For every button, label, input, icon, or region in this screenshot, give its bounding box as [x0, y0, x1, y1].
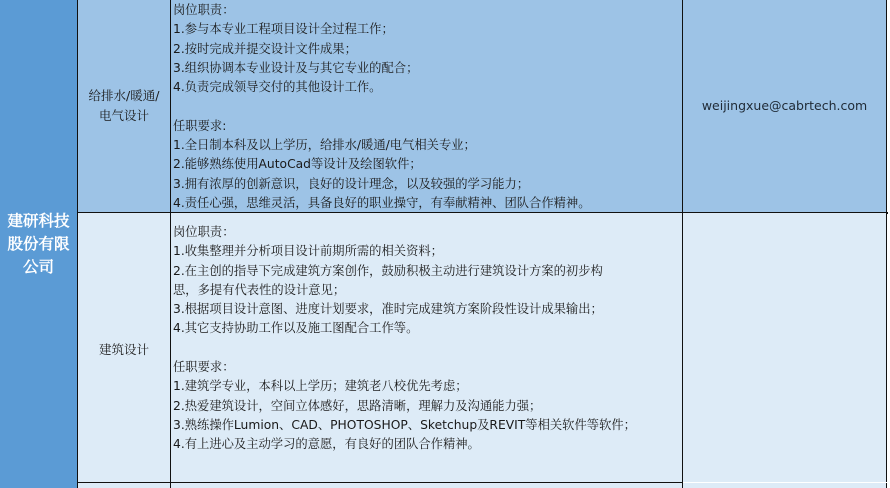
table-row: [77, 483, 887, 488]
email-cell: [682, 483, 887, 488]
requirement-item: 4.责任心强，思维灵活，具备良好的职业操守，有奉献精神、团队合作精神。: [173, 194, 682, 213]
position-cell: [77, 483, 170, 488]
job-table: 建研科技 股份有限 公司 给排水/暖通/ 电气设计 岗位职责： 1.参与本专业工…: [0, 0, 890, 488]
email-cell: weijingxue@cabrtech.com: [682, 0, 887, 212]
duty-item: 思，多提有代表性的设计意见；: [173, 281, 682, 300]
position-name-line: 电气设计: [89, 106, 160, 126]
position-name-line: 建筑设计: [99, 340, 149, 360]
description-cell: 岗位职责： 1.收集整理并分析项目设计前期所需的相关资料； 2.在主创的指导下完…: [170, 213, 682, 482]
spacer: [173, 339, 682, 358]
duty-item: 1.收集整理并分析项目设计前期所需的相关资料；: [173, 242, 682, 261]
duty-item: 4.负责完成领导交付的其他设计工作。: [173, 78, 682, 97]
duty-item: 2.在主创的指导下完成建筑方案创作，鼓励积极主动进行建筑设计方案的初步构: [173, 262, 682, 281]
table-row: 建筑设计 岗位职责： 1.收集整理并分析项目设计前期所需的相关资料； 2.在主创…: [77, 213, 887, 482]
position-cell: 建筑设计: [77, 213, 170, 482]
contact-email[interactable]: weijingxue@cabrtech.com: [702, 98, 867, 113]
duty-item: 3.组织协调本专业设计及与其它专业的配合；: [173, 59, 682, 78]
requirement-item: 2.能够熟练使用AutoCad等设计及绘图软件；: [173, 155, 682, 174]
position-name-line: 给排水/暖通/: [89, 86, 160, 106]
company-name-line: 股份有限: [3, 233, 75, 256]
company-name-line: 建研科技: [3, 210, 75, 233]
requirement-item: 3.熟练操作Lumion、CAD、PHOTOSHOP、Sketchup及REVI…: [173, 416, 682, 435]
duty-item: 3.根据项目设计意图、进度计划要求，准时完成建筑方案阶段性设计成果输出；: [173, 300, 682, 319]
spacer: [173, 97, 682, 116]
requirements-title: 任职要求：: [173, 358, 682, 377]
requirements-title: 任职要求:: [173, 117, 682, 136]
duties-title: 岗位职责：: [173, 223, 682, 242]
requirement-item: 3.拥有浓厚的创新意识，良好的设计理念，以及较强的学习能力；: [173, 175, 682, 194]
table-row: 给排水/暖通/ 电气设计 岗位职责： 1.参与本专业工程项目设计全过程工作； 2…: [77, 0, 887, 212]
requirement-item: 1.建筑学专业，本科以上学历；建筑老八校优先考虑；: [173, 377, 682, 396]
requirement-item: 4.有上进心及主动学习的意愿，有良好的团队合作精神。: [173, 435, 682, 454]
requirement-item: 2.热爱建筑设计，空间立体感好，思路清晰，理解力及沟通能力强；: [173, 397, 682, 416]
position-cell: 给排水/暖通/ 电气设计: [77, 0, 170, 212]
duty-item: 4.其它支持协助工作以及施工图配合工作等。: [173, 319, 682, 338]
company-name-line: 公司: [3, 256, 75, 279]
description-cell: [170, 483, 682, 488]
duty-item: 1.参与本专业工程项目设计全过程工作；: [173, 20, 682, 39]
email-cell: [682, 213, 887, 482]
company-cell: 建研科技 股份有限 公司: [0, 0, 77, 488]
requirement-item: 1.全日制本科及以上学历，给排水/暖通/电气相关专业；: [173, 136, 682, 155]
description-cell: 岗位职责： 1.参与本专业工程项目设计全过程工作； 2.按时完成并提交设计文件成…: [170, 0, 682, 212]
duties-title: 岗位职责：: [173, 1, 682, 20]
duty-item: 2.按时完成并提交设计文件成果；: [173, 40, 682, 59]
